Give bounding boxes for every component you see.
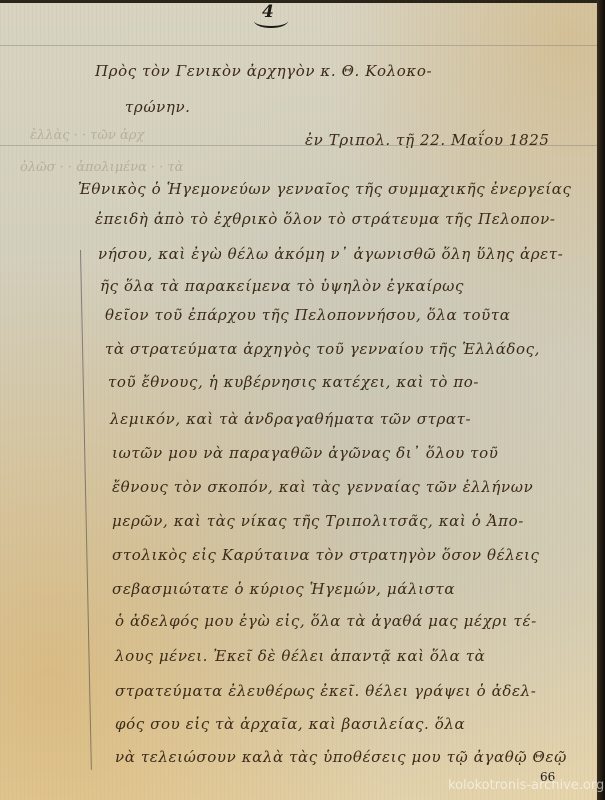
body-line: φός σου εἰς τὰ ἀρχαῖα, καὶ βασιλείας. ὅλ… <box>115 715 465 733</box>
address-line: Πρὸς τὸν Γενικὸν ἀρχηγὸν κ. Θ. Κολοκο- <box>95 62 432 80</box>
body-line: τοῦ ἔθνους, ἡ κυβέρνησις κατέχει, καὶ τὸ… <box>108 373 479 391</box>
body-line: σεβασμιώτατε ὁ κύριος Ἡγεμών, μάλιστα <box>112 580 455 598</box>
margin-rule <box>80 250 92 770</box>
scan-top-border <box>0 0 605 3</box>
scan-right-border <box>597 0 605 800</box>
fold-line <box>0 45 600 46</box>
address-line: τρώνην. <box>125 98 191 116</box>
date-line: ἐν Τριπολ. τῇ 22. Μαΐου 1825 <box>305 131 550 149</box>
body-line: ῆς ὅλα τὰ παρακείμενα τὸ ὑψηλὸν ἐγκαίρως <box>100 277 464 295</box>
body-line: τὰ στρατεύματα ἀρχηγὸς τοῦ γενναίου τῆς … <box>105 340 540 358</box>
body-line: νήσου, καὶ ἐγὼ θέλω ἀκόμη ν᾽ ἀγωνισθῶ ὅλ… <box>98 245 563 263</box>
body-line: στολικὸς εἰς Καρύταινα τὸν στρατηγὸν ὅσο… <box>112 546 539 564</box>
body-line: ὁ ἀδελφός μου ἐγὼ εἰς, ὅλα τὰ ἀγαθά μας … <box>115 612 537 630</box>
manuscript-page: 4 ἑλλὰς · · τῶν ἀρχ ὁλῶσ · · ἀπολιμένα ·… <box>0 0 600 800</box>
folio-mark: 4 <box>262 2 274 22</box>
body-line: νὰ τελειώσουν καλὰ τὰς ὑποθέσεις μου τῷ … <box>115 748 567 766</box>
body-line: ἔθνους τὸν σκοπόν, καὶ τὰς γενναίας τῶν … <box>112 478 533 496</box>
body-line: θεῖον τοῦ ἐπάρχου τῆς Πελοποννήσου, ὅλα … <box>105 306 510 324</box>
body-line: Ἐθνικὸς ὁ Ἡγεμονεύων γενναῖος τῆς συμμαχ… <box>78 180 571 198</box>
archive-watermark: kolokotronis-archive.org <box>448 778 604 793</box>
body-line: λους μένει. Ἐκεῖ δὲ θέλει ἀπαντᾷ καὶ ὅλα… <box>115 647 485 665</box>
body-line: μερῶν, καὶ τὰς νίκας τῆς Τριπολιτσᾶς, κα… <box>112 512 524 530</box>
ink-bleed-through: ὁλῶσ · · ἀπολιμένα · · τὰ <box>20 160 183 175</box>
body-line: λεμικόν, καὶ τὰ ἀνδραγαθήματα τῶν στρατ- <box>110 410 471 428</box>
body-line: στρατεύματα ἐλευθέρως ἐκεῖ. θέλει γράψει… <box>115 682 536 700</box>
body-line: ιωτῶν μου νὰ παραγαθῶν ἀγῶνας δι᾽ ὅλου τ… <box>112 444 498 462</box>
body-line: ἐπειδὴ ἀπὸ τὸ ἐχθρικὸ ὅλον τὸ στράτευμα … <box>95 210 556 228</box>
ink-bleed-through: ἑλλὰς · · τῶν ἀρχ <box>30 128 144 143</box>
